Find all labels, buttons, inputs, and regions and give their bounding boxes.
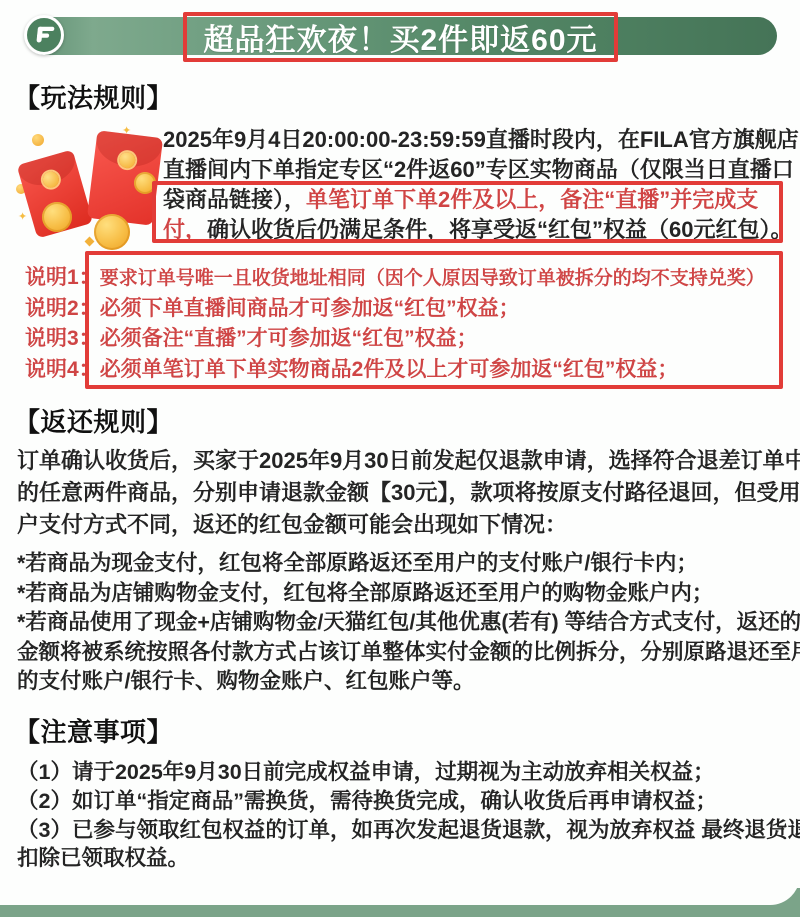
fila-logo-icon bbox=[24, 15, 64, 55]
note-row-2: 说明2：必须下单直播间商品才可参加返“红包”权益； bbox=[0, 294, 790, 325]
caution-line-2: （2）如订单“指定商品”需换货，需待换货完成，确认收货后再申请权益； bbox=[17, 787, 800, 816]
intro-line-1: 2025年9月4日20:00:00-23:59:59直播时段内，在FILA官方旗… bbox=[163, 125, 799, 155]
banner-title: 超品狂欢夜！买2件即返60元 bbox=[203, 15, 597, 59]
banner-title-highlight-box: 超品狂欢夜！买2件即返60元 bbox=[183, 12, 618, 62]
caution-line-4: 扣除已领取权益。 bbox=[17, 844, 800, 873]
highlight-box-intro bbox=[152, 181, 783, 243]
refund-para-line-1: 订单确认收货后，买家于2025年9月30日前发起仅退款申请，选择符合退差订单中 bbox=[17, 445, 800, 477]
promo-rules-page: 超品狂欢夜！买2件即返60元 【玩法规则】 ✦ ✦ 2025年9月4日20:00… bbox=[0, 0, 800, 917]
bullet-line-1: *若商品为现金支付，红包将全部原路返还至用户的支付账户/银行卡内； bbox=[17, 549, 800, 579]
note-label: 说明1： bbox=[25, 266, 100, 289]
sparkle-icon: ✦ bbox=[18, 212, 27, 223]
note-label: 说明3： bbox=[25, 327, 100, 350]
note-row-3: 说明3：必须备注“直播”才可参加返“红包”权益； bbox=[0, 324, 790, 355]
note-label: 说明4： bbox=[25, 358, 100, 381]
refund-para-line-2: 的任意两件商品，分别申请退款金额【30元】，款项将按原支付路径退回，但受用 bbox=[17, 477, 800, 509]
caution-line-1: （1）请于2025年9月30日前完成权益申请，过期视为主动放弃相关权益； bbox=[17, 758, 800, 787]
note-text: 必须备注“直播”才可参加返“红包”权益； bbox=[100, 327, 478, 350]
sparkle-diamond-icon bbox=[85, 237, 95, 247]
refund-bullets: *若商品为现金支付，红包将全部原路返还至用户的支付账户/银行卡内； *若商品为店… bbox=[17, 549, 800, 697]
refund-para-line-3: 户支付方式不同，返还的红包金额可能会出现如下情况： bbox=[17, 509, 800, 541]
refund-paragraph: 订单确认收货后，买家于2025年9月30日前发起仅退款申请，选择符合退差订单中 … bbox=[17, 445, 800, 541]
section-heading-play-rules: 【玩法规则】 bbox=[14, 78, 173, 115]
bullet-line-4: 金额将被系统按照各付款方式占该订单整体实付金额的比例拆分，分别原路退还至用户 bbox=[17, 638, 800, 668]
gold-coin-icon bbox=[94, 214, 130, 250]
note-text: 必须下单直播间商品才可参加返“红包”权益； bbox=[100, 297, 520, 320]
cautions-list: （1）请于2025年9月30日前完成权益申请，过期视为主动放弃相关权益； （2）… bbox=[17, 758, 800, 873]
section-heading-refund-rules: 【返还规则】 bbox=[14, 402, 173, 439]
coin-dot-icon bbox=[32, 134, 44, 146]
bullet-line-5: 的支付账户/银行卡、购物金账户、红包账户等。 bbox=[17, 667, 800, 697]
section-heading-cautions: 【注意事项】 bbox=[14, 712, 173, 749]
caution-line-3: （3）已参与领取红包权益的订单，如再次发起退货退款，视为放弃权益 最终退货退款将 bbox=[17, 816, 800, 845]
note-text: 必须单笔订单下单实物商品2件及以上才可参加返“红包”权益； bbox=[100, 358, 679, 381]
bullet-line-3: *若商品使用了现金+店铺购物金/天猫红包/其他优惠(若有) 等结合方式支付，返还… bbox=[17, 608, 800, 638]
notes-list: 说明1：要求订单号唯一且收货地址相同（因个人原因导致订单被拆分的均不支持兑奖） … bbox=[0, 263, 790, 385]
gold-coin-icon bbox=[42, 202, 72, 232]
note-row-1: 说明1：要求订单号唯一且收货地址相同（因个人原因导致订单被拆分的均不支持兑奖） bbox=[0, 263, 790, 294]
note-row-4: 说明4：必须单笔订单下单实物商品2件及以上才可参加返“红包”权益； bbox=[0, 355, 790, 386]
note-text: 要求订单号唯一且收货地址相同（因个人原因导致订单被拆分的均不支持兑奖） bbox=[100, 268, 765, 289]
bullet-line-2: *若商品为店铺购物金支付，红包将全部原路返还至用户的购物金账户内； bbox=[17, 579, 800, 609]
note-label: 说明2： bbox=[25, 297, 100, 320]
red-envelopes-illustration: ✦ ✦ bbox=[16, 126, 162, 248]
